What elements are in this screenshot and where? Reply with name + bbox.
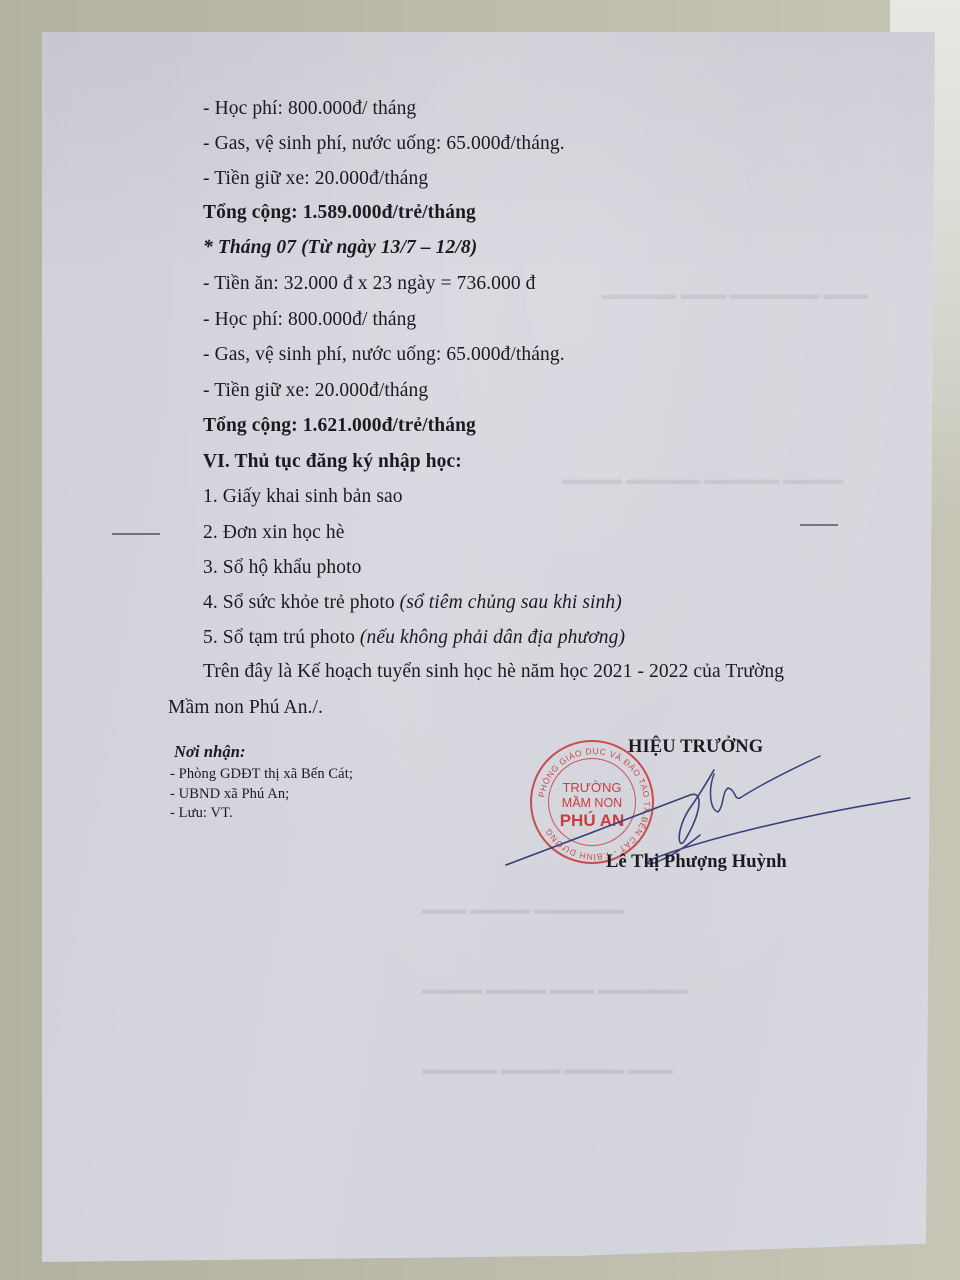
procedure-item: 3. Sổ hộ khẩu photo: [203, 557, 361, 579]
closing-paragraph-line2: Mầm non Phú An./.: [168, 697, 323, 719]
recipient-item: - Phòng GDĐT thị xã Bến Cát;: [170, 766, 353, 783]
bleed-through-text: ▬▬▬▬ ▬▬▬▬▬ ▬▬▬▬▬ ▬▬▬▬: [562, 472, 843, 489]
signer-name: Lê Thị Phượng Huỳnh: [606, 852, 787, 873]
handwritten-signature: [500, 740, 920, 870]
recipients-title: Nơi nhận:: [174, 742, 246, 762]
total-june: Tổng cộng: 1.589.000đ/trẻ/tháng: [203, 202, 476, 224]
procedure-item: 5. Sổ tạm trú photo (nếu không phải dân …: [203, 627, 625, 649]
scan-mark: [800, 524, 838, 526]
fee-line: - Tiền giữ xe: 20.000đ/tháng: [203, 380, 428, 402]
fee-line: - Học phí: 800.000đ/ tháng: [203, 98, 416, 120]
fee-line: - Gas, vệ sinh phí, nước uống: 65.000đ/t…: [203, 133, 565, 155]
scan-mark: [112, 533, 160, 535]
fee-line: - Tiền ăn: 32.000 đ x 23 ngày = 736.000 …: [203, 273, 536, 295]
bleed-through-text: ▬▬▬▬ ▬▬▬▬ ▬▬▬ ▬▬▬▬▬▬: [422, 982, 688, 999]
procedure-note: (sổ tiêm chủng sau khi sinh): [400, 592, 622, 613]
procedure-note: (nếu không phải dân địa phương): [360, 627, 625, 648]
procedure-item: 2. Đơn xin học hè: [203, 522, 344, 544]
fee-line: - Gas, vệ sinh phí, nước uống: 65.000đ/t…: [203, 344, 565, 366]
closing-paragraph-line1: Trên đây là Kế hoạch tuyển sinh học hè n…: [203, 661, 784, 683]
fee-line: - Tiền giữ xe: 20.000đ/tháng: [203, 168, 428, 190]
bleed-through-text: ▬▬▬▬▬ ▬▬▬▬ ▬▬▬▬ ▬▬▬: [422, 1062, 673, 1079]
total-july: Tổng cộng: 1.621.000đ/trẻ/tháng: [203, 415, 476, 437]
bleed-through-text: ▬▬▬ ▬▬▬▬ ▬▬▬▬▬▬: [422, 902, 625, 919]
bleed-through-text: ▬▬▬▬▬ ▬▬▬ ▬▬▬▬▬▬ ▬▬▬: [602, 287, 868, 304]
recipient-item: - Lưu: VT.: [170, 805, 233, 822]
july-heading: * Tháng 07 (Từ ngày 13/7 – 12/8): [203, 237, 477, 259]
procedure-item: 4. Sổ sức khỏe trẻ photo (sổ tiêm chủng …: [203, 592, 622, 614]
recipient-item: - UBND xã Phú An;: [170, 786, 289, 803]
fee-line: - Học phí: 800.000đ/ tháng: [203, 309, 416, 331]
procedure-item: 1. Giấy khai sinh bản sao: [203, 486, 403, 508]
section-vi-title: VI. Thủ tục đăng ký nhập học:: [203, 451, 462, 473]
